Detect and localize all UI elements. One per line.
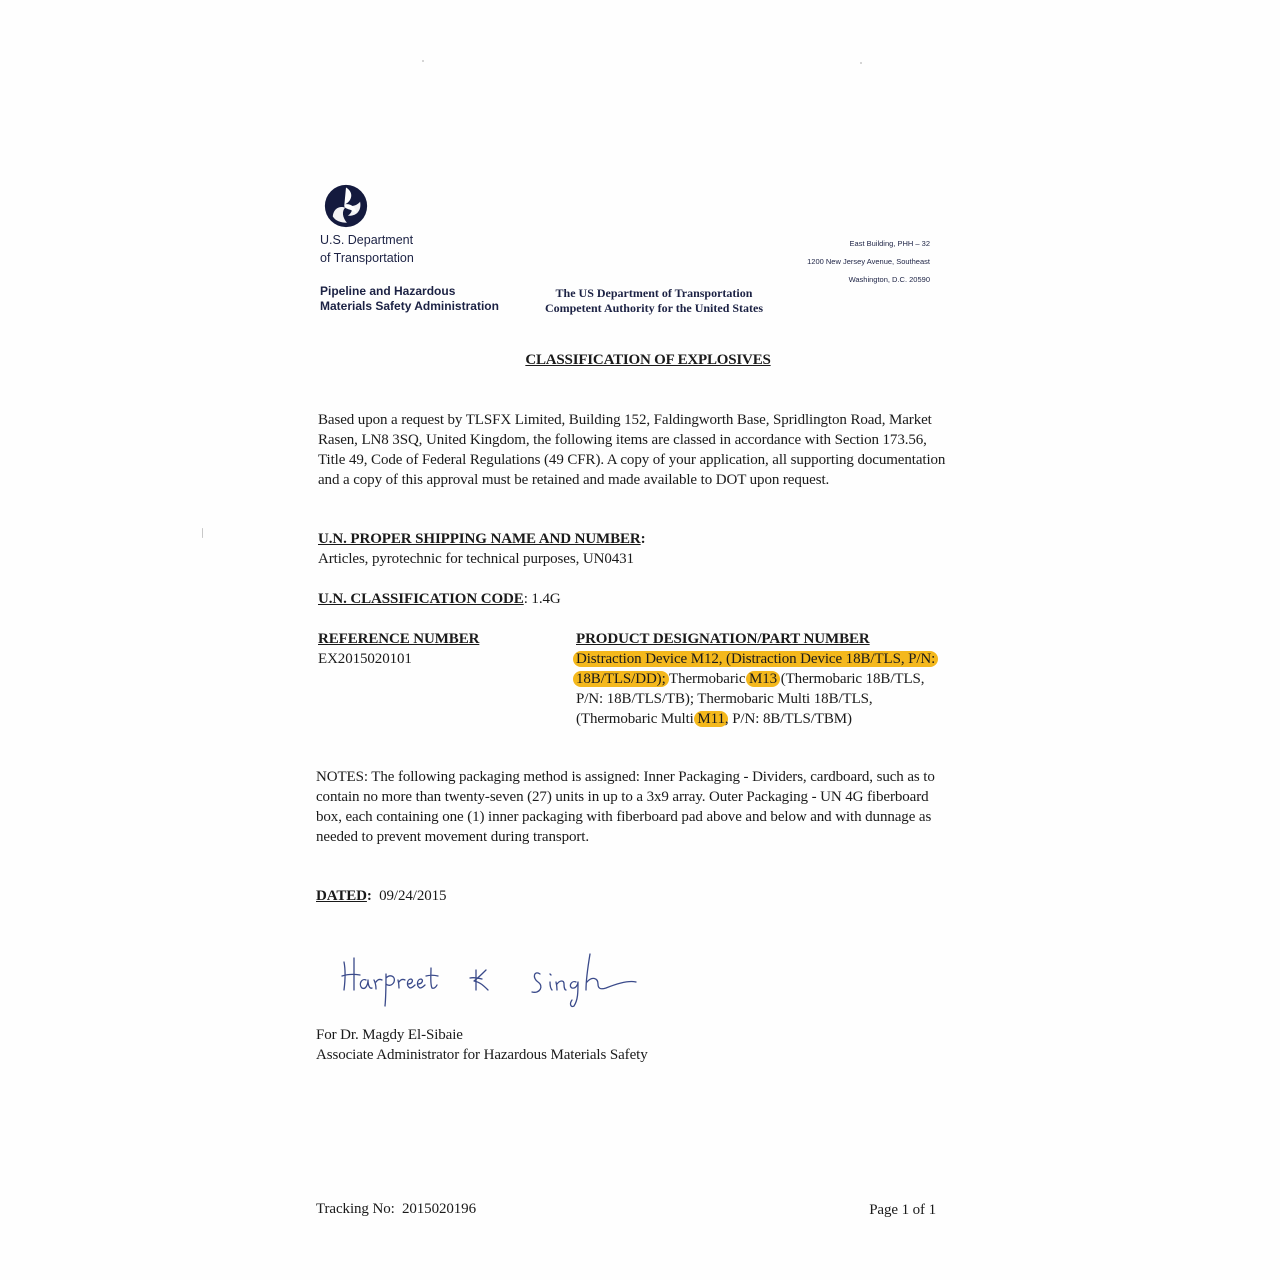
document-page: U.S. Department of Transportation Pipeli… <box>0 0 1280 1280</box>
authority-line: Competent Authority for the United State… <box>534 301 774 316</box>
agency-name: Pipeline and Hazardous Materials Safety … <box>320 284 499 314</box>
address-line: 1200 New Jersey Avenue, Southeast <box>807 253 930 271</box>
tracking-number: Tracking No: 2015020196 <box>316 1199 616 1219</box>
competent-authority: The US Department of Transportation Comp… <box>534 286 774 316</box>
department-line: of Transportation <box>320 249 414 267</box>
label-colon: : <box>367 888 379 904</box>
scan-artifact <box>202 528 203 538</box>
on-behalf-line: For Dr. Magdy El-Sibaie <box>316 1025 816 1045</box>
agency-line: Materials Safety Administration <box>320 299 499 314</box>
dot-triskelion-logo-icon <box>323 184 369 228</box>
shipping-name-section: U.N. PROPER SHIPPING NAME AND NUMBER: Ar… <box>318 529 948 569</box>
reference-number-value: EX2015020101 <box>318 649 558 669</box>
reference-number-section: REFERENCE NUMBER EX2015020101 <box>318 629 558 669</box>
address-line: East Building, PHH – 32 <box>807 235 930 253</box>
signatory-title: Associate Administrator for Hazardous Ma… <box>316 1045 816 1065</box>
document-title: CLASSIFICATION OF EXPLOSIVES <box>0 352 1280 369</box>
scan-artifact <box>422 60 424 62</box>
classification-code-value: 1.4G <box>531 591 560 607</box>
product-text-segment: , P/N: 8B/TLS/TBM) <box>725 711 852 727</box>
dated-label: DATED <box>316 888 367 904</box>
department-line: U.S. Department <box>320 231 414 249</box>
handwritten-signature <box>336 940 656 1010</box>
scan-artifact <box>860 62 862 64</box>
highlighted-text: M13 <box>746 671 780 687</box>
classification-code-section: U.N. CLASSIFICATION CODE: 1.4G <box>318 589 948 609</box>
dated-section: DATED: 09/24/2015 <box>316 886 716 906</box>
agency-line: Pipeline and Hazardous <box>320 284 499 299</box>
office-address: East Building, PHH – 32 1200 New Jersey … <box>807 235 930 289</box>
product-designation-section: PRODUCT DESIGNATION/PART NUMBER Distract… <box>576 629 946 729</box>
label-colon: : <box>641 531 646 547</box>
department-name: U.S. Department of Transportation <box>320 231 414 267</box>
shipping-name-label: U.N. PROPER SHIPPING NAME AND NUMBER <box>318 531 641 547</box>
dated-value: 09/24/2015 <box>379 888 446 904</box>
reference-number-label: REFERENCE NUMBER <box>318 629 558 649</box>
intro-paragraph: Based upon a request by TLSFX Limited, B… <box>318 410 948 490</box>
authority-line: The US Department of Transportation <box>534 286 774 301</box>
signature-block: For Dr. Magdy El-Sibaie Associate Admini… <box>316 1025 816 1065</box>
shipping-name-value: Articles, pyrotechnic for technical purp… <box>318 549 948 569</box>
address-line: Washington, D.C. 20590 <box>807 271 930 289</box>
product-designation-value: Distraction Device M12, (Distraction Dev… <box>576 649 946 729</box>
product-text-segment: Thermobaric <box>666 671 749 687</box>
packaging-notes: NOTES: The following packaging method is… <box>316 767 946 847</box>
classification-code-label: U.N. CLASSIFICATION CODE <box>318 591 524 607</box>
page-number: Page 1 of 1 <box>869 1200 936 1220</box>
product-designation-label: PRODUCT DESIGNATION/PART NUMBER <box>576 629 946 649</box>
highlighted-text: M11 <box>694 711 727 727</box>
